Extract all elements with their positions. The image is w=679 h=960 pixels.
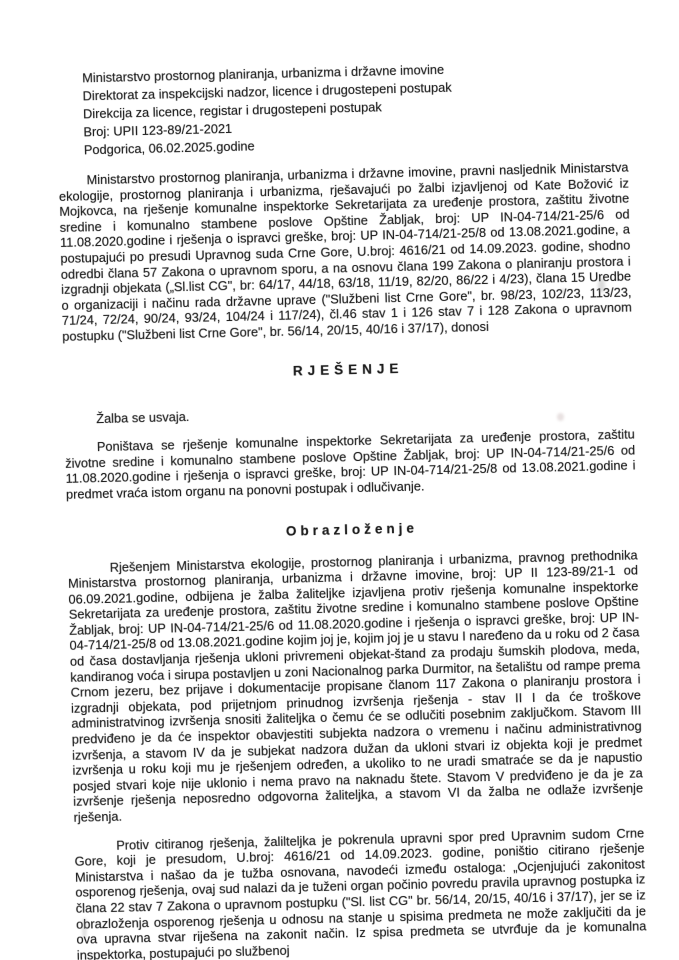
document-page: Ministarstvo prostornog planiranja, urba… — [0, 0, 679, 960]
intro-paragraph: Ministarstvo prostornog planiranja, urba… — [58, 160, 632, 345]
document-sheet: Ministarstvo prostornog planiranja, urba… — [56, 57, 647, 960]
rationale-paragraph-2: Protiv citiranog rješenja, žalilteljka j… — [74, 825, 647, 960]
rationale-paragraph-1: Rješenjem Ministarstva ekologije, prosto… — [68, 547, 644, 825]
decision-statement: Žalba se usvaja. — [64, 398, 634, 427]
rationale-heading: Obrazloženje — [67, 515, 637, 543]
decision-heading: RJEŠENJE — [63, 355, 633, 383]
letterhead: Ministarstvo prostornog planiranja, urba… — [82, 57, 628, 160]
annulment-paragraph: Poništava se rješenje komunalne inspekto… — [65, 427, 636, 503]
